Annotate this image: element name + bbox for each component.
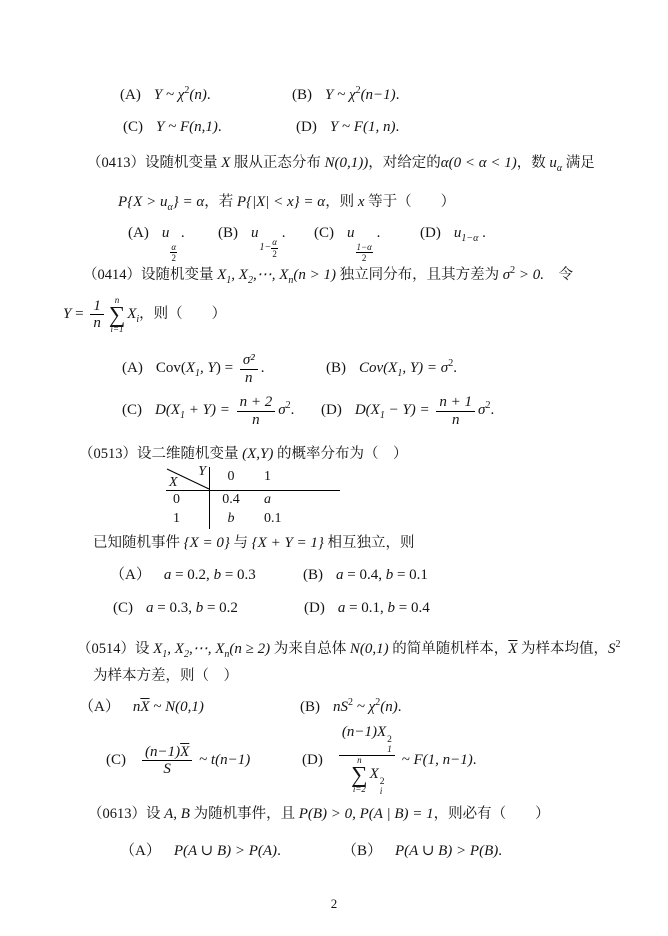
option-formula: a = 0.2, b = 0.3 [164,567,256,583]
question-0413-stem-line-2: P{X > uα} = α，若 P{|X| < x} = α，则 x 等于（ ） [118,193,455,215]
table-cell: 0.4 [210,491,252,510]
table-row: 0 0.4 a [166,491,340,510]
option-label: (B) [218,225,238,241]
option-0413-A: (A)uα2 . [128,224,218,264]
question-0513-condition: 已知随机事件 {X = 0} 与 {X + Y = 1} 相互独立，则 [93,534,415,553]
option-label: (C) [113,600,133,616]
table-row-header: 0 [166,491,210,510]
option-0414-A: (A)Cov(X1, Y) = σ²n. [122,352,326,386]
question-0514-options-row-2: (C)(n−1)XS ~ t(n−1)(D)(n−1)X21n∑i=2X2i ~… [106,724,477,797]
table-cell: b [210,510,252,529]
question-0412-options-row-2: (C)Y ~ F(n,1).(D)Y ~ F(1, n). [123,118,399,137]
option-formula: Y ~ χ2(n). [154,87,211,103]
question-0514-stem-line-2: 为样本方差，则（ ） [93,667,238,686]
option-formula: D(X1 − Y) = n + 1nσ2. [355,402,494,418]
option-0412-A: (A)Y ~ χ2(n). [120,85,292,105]
question-0414-options-row-2: (C)D(X1 + Y) = n + 2nσ2.(D)D(X1 − Y) = n… [122,394,494,428]
question-0413-options: (A)uα2 .(B)u1−α2 .(C)u1−α2 .(D)u1−α . [128,224,486,264]
option-0513-B: (B)a = 0.4, b = 0.1 [303,566,428,585]
question-0514-stem: （0514）设 X1, X2,⋯, Xn(n ≥ 2) 为来自总体 N(0,1)… [77,639,621,662]
option-0413-D: (D)u1−α . [420,224,486,246]
option-label: (A) [120,87,141,103]
option-formula: u1−α . [454,225,486,241]
option-label: (D) [321,402,342,418]
option-0412-C: (C)Y ~ F(n,1). [123,118,296,137]
option-0414-D: (D)D(X1 − Y) = n + 1nσ2. [321,394,494,428]
question-0414-options-row-1: (A)Cov(X1, Y) = σ²n.(B)Cov(X1, Y) = σ2. [122,352,457,386]
table-col-header: 1 [252,467,340,490]
option-formula: Y ~ χ2(n−1). [325,87,399,103]
option-label: （A） [110,567,151,583]
table-corner-col-var: Y [198,465,206,479]
probability-distribution-table: X Y 0 1 0 0.4 a 1 b 0.1 [166,467,340,529]
option-0514-C: (C)(n−1)XS ~ t(n−1) [106,744,302,778]
question-0414-stem: （0414）设随机变量 X1, X2,⋯, Xn(n > 1) 独立同分布，且其… [83,265,573,288]
option-label: (D) [420,225,441,241]
table-row-header: 1 [166,510,210,529]
option-0513-D: (D)a = 0.1, b = 0.4 [304,599,430,618]
option-0414-C: (C)D(X1 + Y) = n + 2nσ2. [122,394,321,428]
option-label: (B) [300,699,320,715]
table-corner-cell: X Y [166,467,210,490]
option-formula: P(A ∪ B) > P(B). [395,843,502,859]
option-label: (A) [128,225,149,241]
option-label: (D) [296,119,317,135]
option-label: (D) [302,752,323,768]
option-0414-B: (B)Cov(X1, Y) = σ2. [326,358,457,381]
option-formula: Cov(X1, Y) = σ²n. [156,360,265,376]
question-0514-options-row-1: （A）nX ~ N(0,1)(B)nS2 ~ χ2(n). [79,697,401,717]
table-corner-row-var: X [169,476,178,490]
option-0413-C: (C)u1−α2 . [314,224,420,264]
option-0413-B: (B)u1−α2 . [218,224,314,259]
option-label: (B) [326,360,346,376]
option-0412-B: (B)Y ~ χ2(n−1). [292,85,399,105]
option-label: (C) [123,119,143,135]
option-label: (B) [303,567,323,583]
option-0514-B: (B)nS2 ~ χ2(n). [300,697,401,717]
option-label: (B) [292,87,312,103]
option-label: （A） [79,699,120,715]
table-row: 1 b 0.1 [166,510,340,529]
option-label: (A) [122,360,143,376]
option-label: (D) [304,600,325,616]
table-header-row: X Y 0 1 [166,467,340,491]
question-0414-formula: Y = 1nn∑i=1Xi，则（ ） [63,296,226,334]
option-0513-A: （A）a = 0.2, b = 0.3 [110,566,303,585]
option-0514-A: （A）nX ~ N(0,1) [79,698,300,717]
option-label: (C) [122,402,142,418]
question-0513-stem: （0513）设二维随机变量 (X,Y) 的概率分布为（ ） [79,445,408,464]
option-formula: (n−1)XS ~ t(n−1) [139,752,250,768]
page-number: 2 [0,896,668,912]
question-0413-stem: （0413）设随机变量 X 服从正态分布 N(0,1))，对给定的α(0 < α… [87,154,595,176]
option-formula: nX ~ N(0,1) [133,699,204,715]
option-formula: a = 0.1, b = 0.4 [338,600,430,616]
option-label: （B） [342,843,382,859]
option-formula: u1−α2 . [347,225,380,241]
option-formula: Cov(X1, Y) = σ2. [359,360,457,376]
option-formula: a = 0.4, b = 0.1 [336,567,428,583]
option-formula: Y ~ F(1, n). [330,119,399,135]
question-0412-options-row-1: (A)Y ~ χ2(n).(B)Y ~ χ2(n−1). [120,85,399,105]
option-label: (C) [106,752,126,768]
option-0412-D: (D)Y ~ F(1, n). [296,118,399,137]
table-col-header: 0 [210,467,252,490]
question-0513-options-row-2: (C)a = 0.3, b = 0.2(D)a = 0.1, b = 0.4 [113,599,430,618]
option-formula: P(A ∪ B) > P(A). [174,843,281,859]
table-cell: a [252,491,340,510]
document-page: (A)Y ~ χ2(n).(B)Y ~ χ2(n−1). (C)Y ~ F(n,… [0,0,668,936]
option-formula: uα2 . [162,225,185,241]
option-formula: D(X1 + Y) = n + 2nσ2. [155,402,294,418]
option-formula: (n−1)X21n∑i=2X2i ~ F(1, n−1). [336,752,477,768]
option-formula: Y ~ F(n,1). [156,119,222,135]
option-0613-B: （B）P(A ∪ B) > P(B). [342,842,502,861]
option-0514-D: (D)(n−1)X21n∑i=2X2i ~ F(1, n−1). [302,724,477,797]
option-label: （A） [120,843,161,859]
option-formula: a = 0.3, b = 0.2 [146,600,238,616]
question-0613-options: （A）P(A ∪ B) > P(A).（B）P(A ∪ B) > P(B). [120,842,502,861]
table-cell: 0.1 [252,510,340,529]
option-label: (C) [314,225,334,241]
option-formula: u1−α2 . [251,225,285,241]
question-0513-options-row-1: （A）a = 0.2, b = 0.3(B)a = 0.4, b = 0.1 [110,566,428,585]
question-0613-stem: （0613）设 A, B 为随机事件，且 P(B) > 0, P(A | B) … [88,805,550,824]
option-0613-A: （A）P(A ∪ B) > P(A). [120,842,342,861]
option-0513-C: (C)a = 0.3, b = 0.2 [113,599,304,618]
option-formula: nS2 ~ χ2(n). [333,699,401,715]
